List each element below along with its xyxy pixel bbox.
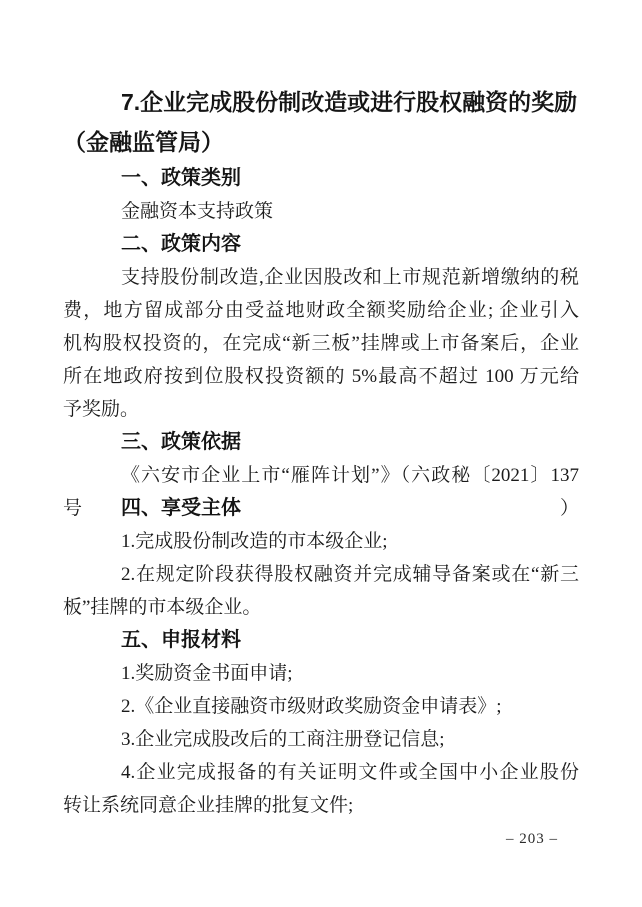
body-line: 《六安市企业上市“雁阵计划”》（六政秘〔2021〕137 号）	[63, 459, 579, 492]
body-line: 2.《企业直接融资市级财政奖励资金申请表》;	[63, 690, 579, 723]
body-line: 予奖励。	[63, 393, 579, 426]
body-line: 4.企业完成报备的有关证明文件或全国中小企业股份	[63, 756, 579, 789]
body-line: 金融资本支持政策	[63, 195, 579, 228]
page-number: – 203 –	[506, 831, 558, 848]
document-page: 7.企业完成股份制改造或进行股权融资的奖励 （金融监管局） 一、政策类别金融资本…	[0, 0, 642, 907]
body-line: 3.企业完成股改后的工商注册登记信息;	[63, 723, 579, 756]
doc-title-line-2: （金融监管局）	[63, 122, 583, 162]
section-heading: 五、申报材料	[63, 624, 579, 657]
section-heading: 三、政策依据	[63, 426, 579, 459]
doc-title-line-1: 7.企业完成股份制改造或进行股权融资的奖励	[63, 82, 583, 122]
body-line: 转让系统同意企业挂牌的批复文件;	[63, 789, 579, 822]
body-line: 1.奖励资金书面申请;	[63, 657, 579, 690]
section-heading: 二、政策内容	[63, 228, 579, 261]
body-line: 费，地方留成部分由受益地财政全额奖励给企业; 企业引入	[63, 294, 579, 327]
section-heading: 一、政策类别	[63, 162, 579, 195]
body-line: 机构股权投资的，在完成“新三板”挂牌或上市备案后，企业	[63, 327, 579, 360]
doc-title: 7.企业完成股份制改造或进行股权融资的奖励 （金融监管局）	[63, 82, 583, 162]
body-line: 所在地政府按到位股权投资额的 5%最高不超过 100 万元给	[63, 360, 579, 393]
doc-body: 一、政策类别金融资本支持政策二、政策内容支持股份制改造,企业因股改和上市规范新增…	[63, 162, 579, 822]
body-line: 板”挂牌的市本级企业。	[63, 591, 579, 624]
body-line: 支持股份制改造,企业因股改和上市规范新增缴纳的税	[63, 261, 579, 294]
body-line: 2.在规定阶段获得股权融资并完成辅导备案或在“新三	[63, 558, 579, 591]
body-line: 1.完成股份制改造的市本级企业;	[63, 525, 579, 558]
